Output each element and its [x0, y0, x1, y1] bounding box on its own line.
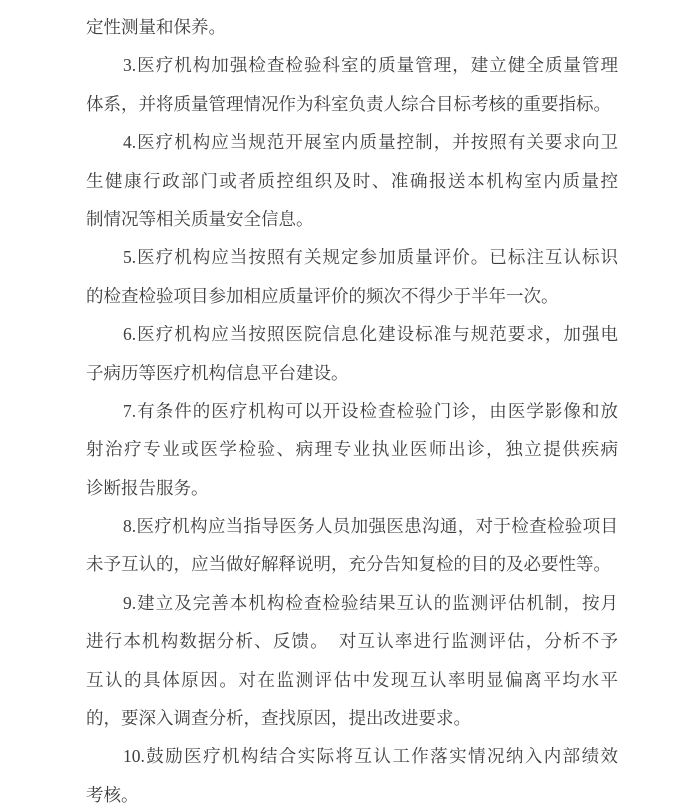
text-line: 10.鼓励医疗机构结合实际将互认工作落实情况纳入内部绩效 [86, 737, 618, 775]
text-line: 5.医疗机构应当按照有关规定参加质量评价。已标注互认标识 [86, 238, 618, 276]
text-line: 考核。 [86, 776, 618, 810]
text-line: 7.有条件的医疗机构可以开设检查检验门诊，由医学影像和放 [86, 392, 618, 430]
text-line: 诊断报告服务。 [86, 469, 618, 507]
text-line: 的检查检验项目参加相应质量评价的频次不得少于半年一次。 [86, 277, 618, 315]
text-line: 9.建立及完善本机构检查检验结果互认的监测评估机制，按月 [86, 584, 618, 622]
text-line: 8.医疗机构应当指导医务人员加强医患沟通，对于检查检验项目 [86, 507, 618, 545]
text-line: 生健康行政部门或者质控组织及时、准确报送本机构室内质量控 [86, 162, 618, 200]
text-line: 互认的具体原因。对在监测评估中发现互认率明显偏离平均水平 [86, 661, 618, 699]
text-line: 的，要深入调查分析，查找原因，提出改进要求。 [86, 699, 618, 737]
document-page: 定性测量和保养。 3.医疗机构加强检查检验科室的质量管理，建立健全质量管理 体系… [86, 8, 618, 810]
text-line: 定性测量和保养。 [86, 8, 618, 46]
text-line: 未予互认的，应当做好解释说明，充分告知复检的目的及必要性等。 [86, 545, 618, 583]
text-line: 4.医疗机构应当规范开展室内质量控制，并按照有关要求向卫 [86, 123, 618, 161]
text-line: 3.医疗机构加强检查检验科室的质量管理，建立健全质量管理 [86, 46, 618, 84]
text-line: 制情况等相关质量安全信息。 [86, 200, 618, 238]
text-line: 体系，并将质量管理情况作为科室负责人综合目标考核的重要指标。 [86, 85, 618, 123]
text-line: 子病历等医疗机构信息平台建设。 [86, 354, 618, 392]
text-line: 射治疗专业或医学检验、病理专业执业医师出诊，独立提供疾病 [86, 430, 618, 468]
text-line: 进行本机构数据分析、反馈。 对互认率进行监测评估，分析不予 [86, 622, 618, 660]
text-line: 6.医疗机构应当按照医院信息化建设标准与规范要求，加强电 [86, 315, 618, 353]
